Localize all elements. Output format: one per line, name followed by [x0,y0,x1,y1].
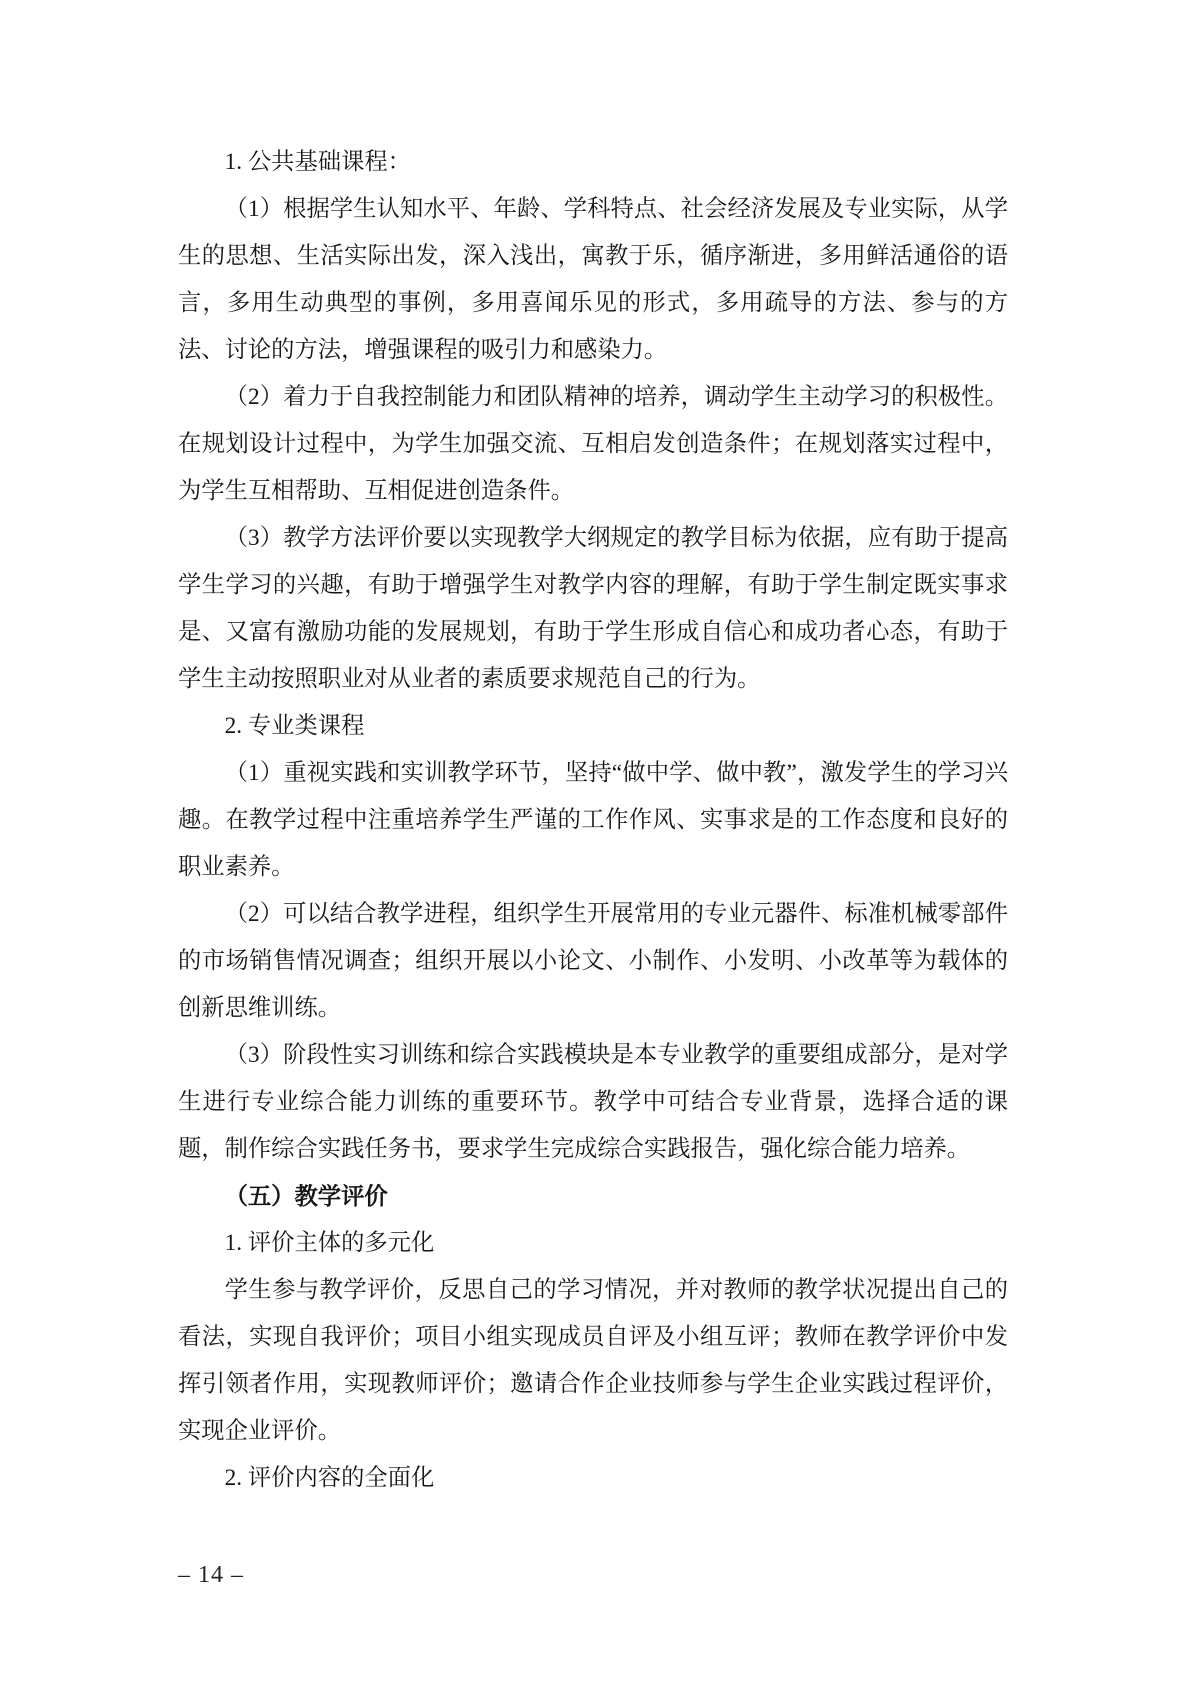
paragraph: 1. 公共基础课程： [178,139,1008,186]
document-body: 1. 公共基础课程：（1）根据学生认知水平、年龄、学科特点、社会经济发展及专业实… [178,139,1008,1502]
paragraph: 学生参与教学评价，反思自己的学习情况，并对教师的教学状况提出自己的看法，实现自我… [178,1267,1008,1455]
document-page: 1. 公共基础课程：（1）根据学生认知水平、年龄、学科特点、社会经济发展及专业实… [0,0,1191,1684]
paragraph: （3）阶段性实习训练和综合实践模块是本专业教学的重要组成部分，是对学生进行专业综… [178,1032,1008,1173]
paragraph: 2. 专业类课程 [178,703,1008,750]
paragraph: （1）重视实践和实训教学环节，坚持“做中学、做中教”，激发学生的学习兴趣。在教学… [178,750,1008,891]
paragraph: 2. 评价内容的全面化 [178,1455,1008,1502]
paragraph: 1. 评价主体的多元化 [178,1220,1008,1267]
paragraph: （2）可以结合教学进程，组织学生开展常用的专业元器件、标准机械零部件的市场销售情… [178,891,1008,1032]
paragraph: （1）根据学生认知水平、年龄、学科特点、社会经济发展及专业实际，从学生的思想、生… [178,186,1008,374]
section-heading: （五）教学评价 [178,1173,1008,1220]
page-number: – 14 – [178,1561,244,1589]
paragraph: （2）着力于自我控制能力和团队精神的培养，调动学生主动学习的积极性。在规划设计过… [178,374,1008,515]
paragraph: （3）教学方法评价要以实现教学大纲规定的教学目标为依据，应有助于提高学生学习的兴… [178,515,1008,703]
